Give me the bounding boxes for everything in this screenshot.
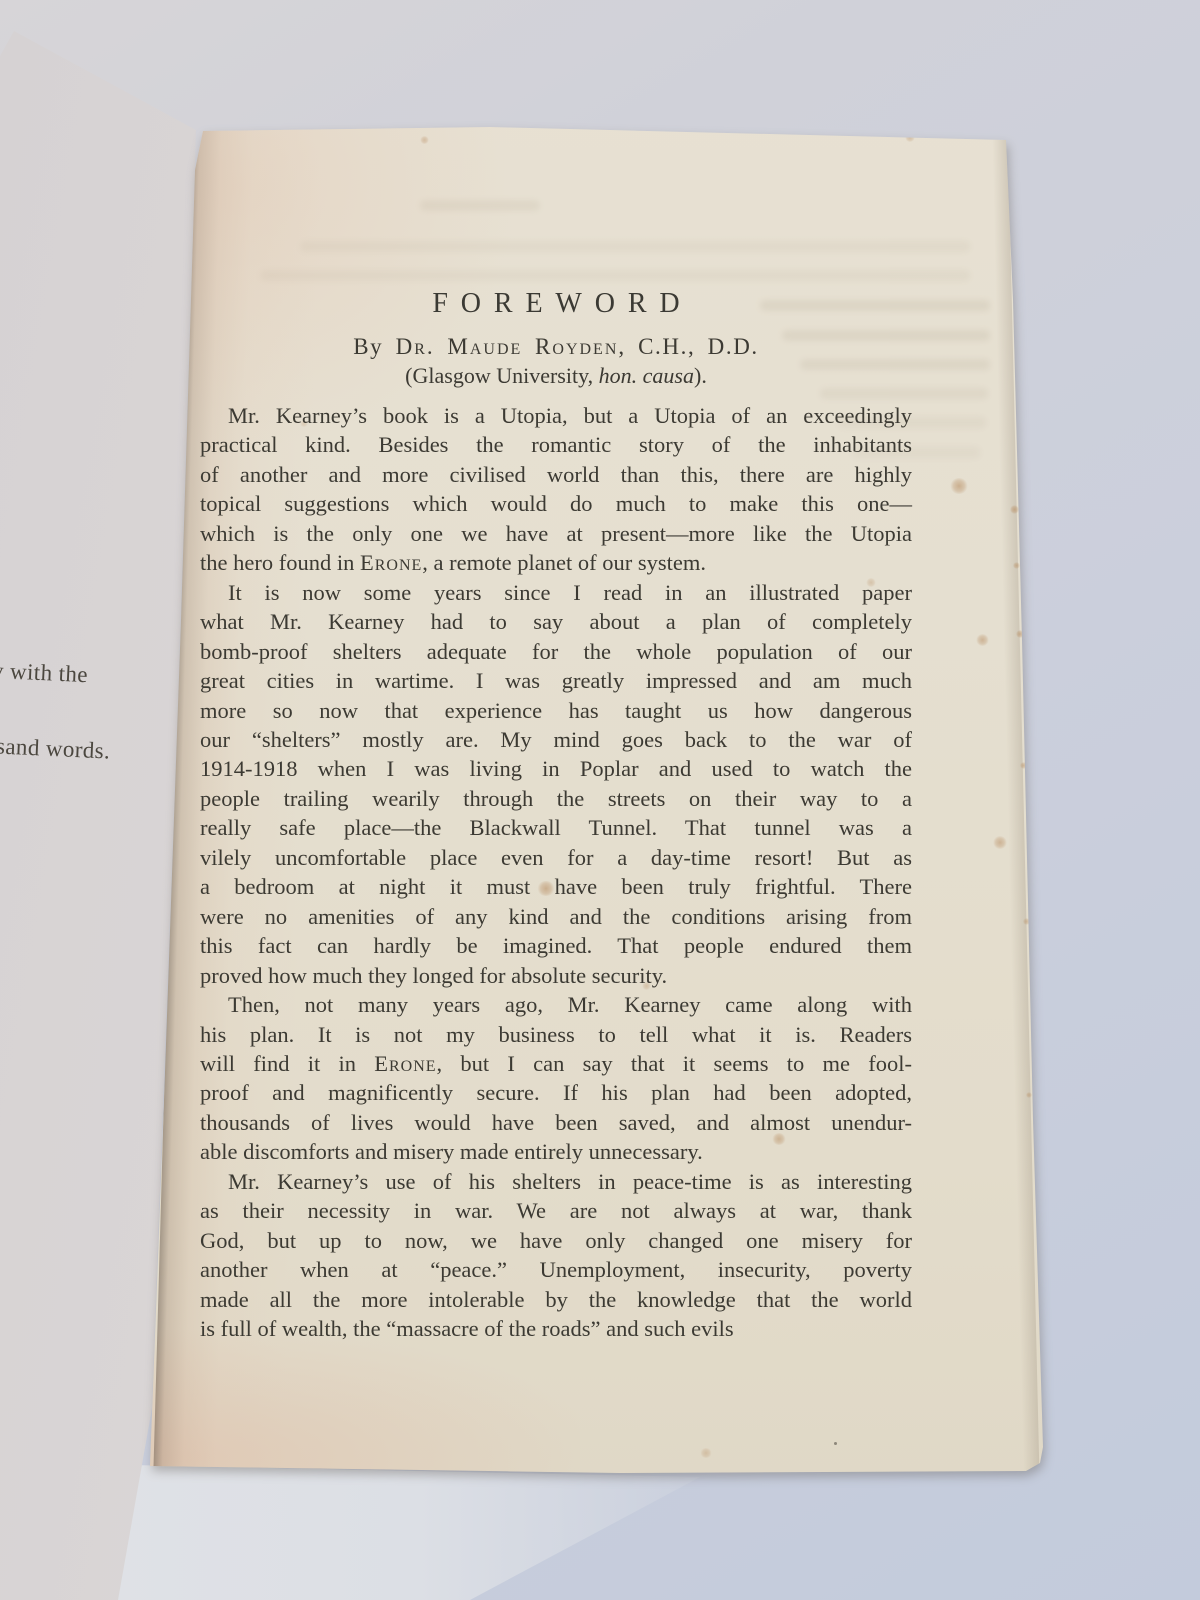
text-line: Then, not many years ago, Mr. Kearney ca… xyxy=(200,990,912,1019)
text-line: vilely uncomfortable place even for a da… xyxy=(200,843,912,872)
book-page: FOREWORD By Dr. Maude Royden, C.H., D.D.… xyxy=(0,0,1200,1600)
foxing-spot xyxy=(950,478,968,494)
byline-by: By xyxy=(353,334,395,359)
book-photo: y with the sand words. xyxy=(0,0,1200,1600)
text-line: 1914-1918 when I was living in Poplar an… xyxy=(200,754,912,783)
foxing-spot xyxy=(993,836,1007,849)
text-line: a bedroom at night it must have been tru… xyxy=(200,872,912,901)
foxing-spot xyxy=(700,1448,712,1458)
affiliation-close: ). xyxy=(694,363,707,388)
text-line: practical kind. Besides the romantic sto… xyxy=(200,430,912,459)
text-line: God, but up to now, we have only changed… xyxy=(200,1226,912,1255)
foxing-spot xyxy=(1026,1092,1032,1098)
text-line: It is now some years since I read in an … xyxy=(200,578,912,607)
text-line: able discomforts and misery made entirel… xyxy=(200,1137,912,1166)
text-line: people trailing wearily through the stre… xyxy=(200,784,912,813)
text-line: really safe place—the Blackwall Tunnel. … xyxy=(200,813,912,842)
text-line: bomb-proof shelters adequate for the who… xyxy=(200,637,912,666)
text-line: is full of wealth, the “massacre of the … xyxy=(200,1314,912,1343)
text-line: as their necessity in war. We are not al… xyxy=(200,1196,912,1225)
dark-speck xyxy=(388,1472,391,1474)
text-line: proof and magnificently secure. If his p… xyxy=(200,1078,912,1107)
dark-speck xyxy=(834,1442,837,1445)
text-line: the hero found in Erone, a remote planet… xyxy=(200,548,912,577)
affiliation-latin: hon. causa xyxy=(599,363,694,388)
foxing-spot xyxy=(1016,630,1024,638)
paragraph: Mr. Kearney’s book is a Utopia, but a Ut… xyxy=(200,401,912,578)
page-content: FOREWORD By Dr. Maude Royden, C.H., D.D.… xyxy=(200,0,912,1344)
foxing-spot xyxy=(1023,918,1030,925)
text-line: Mr. Kearney’s use of his shelters in pea… xyxy=(200,1167,912,1196)
text-line: topical suggestions which would do much … xyxy=(200,489,912,518)
byline-author: Dr. Maude Royden xyxy=(396,334,619,359)
text-line: thousands of lives would have been saved… xyxy=(200,1108,912,1137)
page-title: FOREWORD xyxy=(200,288,912,320)
paragraph: Mr. Kearney’s use of his shelters in pea… xyxy=(200,1167,912,1344)
foxing-spot xyxy=(1013,562,1020,569)
text-line: this fact can hardly be imagined. That p… xyxy=(200,931,912,960)
byline-degrees: , C.H., D.D. xyxy=(618,334,758,359)
affiliation-open: (Glasgow University, xyxy=(405,363,599,388)
text-line: proved how much they longed for absolute… xyxy=(200,961,912,990)
byline: By Dr. Maude Royden, C.H., D.D. xyxy=(200,334,912,360)
affiliation: (Glasgow University, hon. causa). xyxy=(200,363,912,389)
paragraph: Then, not many years ago, Mr. Kearney ca… xyxy=(200,990,912,1167)
page-edge-shadow xyxy=(984,140,1042,1600)
text-line: what Mr. Kearney had to say about a plan… xyxy=(200,607,912,636)
text-line: were no amenities of any kind and the co… xyxy=(200,902,912,931)
page-shadow: FOREWORD By Dr. Maude Royden, C.H., D.D.… xyxy=(0,0,1200,1600)
text-line: another when at “peace.” Unemployment, i… xyxy=(200,1255,912,1284)
text-line: great cities in wartime. I was greatly i… xyxy=(200,666,912,695)
foxing-spot xyxy=(976,634,989,646)
text-line: our “shelters” mostly are. My mind goes … xyxy=(200,725,912,754)
text-line: made all the more intolerable by the kno… xyxy=(200,1285,912,1314)
foreword-paragraphs: Mr. Kearney’s book is a Utopia, but a Ut… xyxy=(200,401,912,1344)
dark-speck xyxy=(638,1474,642,1477)
text-line: more so now that experience has taught u… xyxy=(200,696,912,725)
text-line: will find it in Erone, but I can say tha… xyxy=(200,1049,912,1078)
text-line: of another and more civilised world than… xyxy=(200,460,912,489)
foxing-spot xyxy=(1010,505,1019,514)
text-line: Mr. Kearney’s book is a Utopia, but a Ut… xyxy=(200,401,912,430)
text-line: his plan. It is not my business to tell … xyxy=(200,1020,912,1049)
text-line: which is the only one we have at present… xyxy=(200,519,912,548)
paragraph: It is now some years since I read in an … xyxy=(200,578,912,990)
foxing-spot xyxy=(1020,762,1027,769)
